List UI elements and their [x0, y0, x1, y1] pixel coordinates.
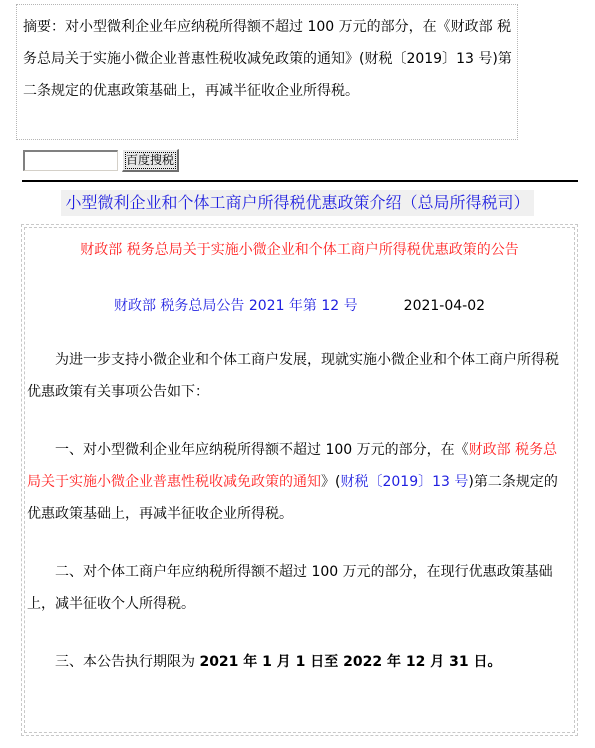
item-3-paragraph: 三、本公告执行期限为 2021 年 1 月 1 日至 2022 年 12 月 3… — [27, 646, 570, 678]
doc-link[interactable]: 财税〔2019〕13 号 — [340, 474, 468, 490]
section-header: 小型微利企业和个体工商户所得税优惠政策介绍（总局所得税司） — [0, 190, 595, 216]
article-box: 财政部 税务总局关于实施小微企业和个体工商户所得税优惠政策的公告 财政部 税务总… — [21, 224, 578, 736]
intro-paragraph: 为进一步支持小微企业和个体工商户发展，现就实施小微企业和个体工商户所得税优惠政策… — [27, 344, 570, 408]
summary-box: 摘要：对小型微利企业年应纳税所得额不超过 100 万元的部分，在《财政部 税务总… — [16, 4, 518, 140]
article-inner-border: 财政部 税务总局关于实施小微企业和个体工商户所得税优惠政策的公告 财政部 税务总… — [24, 227, 575, 733]
item-3-prefix: 三、本公告执行期限为 — [55, 654, 199, 670]
doc-number: 财政部 税务总局公告 2021 年第 12 号 — [114, 298, 358, 314]
item-1-prefix: 一、对小型微利企业年应纳税所得额不超过 100 万元的部分，在《 — [55, 442, 469, 458]
summary-text: 摘要：对小型微利企业年应纳税所得额不超过 100 万元的部分，在《财政部 税务总… — [23, 19, 512, 99]
item-3-period: 2021 年 1 月 1 日至 2022 年 12 月 31 日。 — [199, 654, 501, 670]
section-title: 小型微利企业和个体工商户所得税优惠政策介绍（总局所得税司） — [61, 190, 533, 216]
item-1-mid: 》( — [321, 474, 340, 490]
search-button[interactable]: 百度搜税 — [122, 149, 179, 172]
article-body: 为进一步支持小微企业和个体工商户发展，现就实施小微企业和个体工商户所得税优惠政策… — [27, 344, 570, 704]
item-1-paragraph: 一、对小型微利企业年应纳税所得额不超过 100 万元的部分，在《财政部 税务总局… — [27, 434, 570, 530]
search-form: 百度搜税 — [23, 149, 179, 171]
article-title: 财政部 税务总局关于实施小微企业和个体工商户所得税优惠政策的公告 — [25, 238, 574, 262]
divider — [22, 180, 578, 182]
doc-number-row: 财政部 税务总局公告 2021 年第 12 号2021-04-02 — [25, 294, 574, 318]
doc-date: 2021-04-02 — [404, 298, 485, 314]
search-input[interactable] — [23, 150, 118, 171]
item-2-paragraph: 二、对个体工商户年应纳税所得额不超过 100 万元的部分，在现行优惠政策基础上，… — [27, 556, 570, 620]
